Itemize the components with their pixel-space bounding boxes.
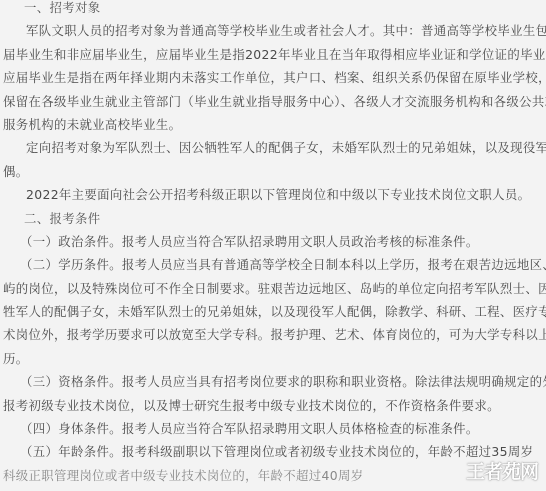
paragraph-line: 屿的岗位，以及特殊岗位可不作全日制要求。驻艰苦边远地区、岛屿的单位定向招考军队烈… xyxy=(0,277,546,300)
paragraph-line: 届毕业生和非应届毕业生，应届毕业生是指2022年毕业且在当年取得相应毕业证和学位… xyxy=(0,43,546,66)
paragraph-line: 历。 xyxy=(0,347,546,370)
condition-age: （五）年龄条件。报考科级副职以下管理岗位或者初级专业技术岗位的，年龄不超过35周… xyxy=(0,440,546,463)
condition-political: （一）政治条件。报考人员应当符合军队招录聘用文职人员政治考核的标准条件。 xyxy=(0,230,546,253)
section-heading-2: 二、报考条件 xyxy=(0,207,546,230)
paragraph-line-cut: 科级正职管理岗位或者中级专业技术岗位的，年龄不超过40周岁 xyxy=(0,464,546,487)
document-body: 一、招考对象 军队文职人员的招考对象为普通高等学校毕业生或者社会人才。其中：普通… xyxy=(0,0,546,487)
paragraph-line: 定向招考对象为军队烈士、因公牺牲军人的配偶子女，未婚军队烈士的兄弟姐妹，以及现役… xyxy=(0,136,546,159)
paragraph-line: 术岗位外，报考学历要求可以放宽至大学专科。报考护理、艺术、体育岗位的，可为大学专… xyxy=(0,323,546,346)
paragraph-line: 牲军人的配偶子女，未婚军队烈士的兄弟姐妹，以及现役军人配偶，除教学、科研、工程、… xyxy=(0,300,546,323)
paragraph-line: 军队文职人员的招考对象为普通高等学校毕业生或者社会人才。其中：普通高等学校毕业生… xyxy=(0,19,546,42)
paragraph-line: 服务机构的未就业高校毕业生。 xyxy=(0,113,546,136)
paragraph-line: 保留在各级毕业生就业主管部门（毕业生就业指导服务中心）、各级人才交流服务机构和各… xyxy=(0,90,546,113)
watermark-logo: 王者苑网 xyxy=(466,457,538,484)
condition-qualification: （三）资格条件。报考人员应当具有招考岗位要求的职称和职业资格。除法律法规明确规定… xyxy=(0,370,546,393)
paragraph-line: 应届毕业生是指在两年择业期内未落实工作单位，其户口、档案、组织关系仍保留在原毕业… xyxy=(0,66,546,89)
paragraph-line: 2022年主要面向社会公开招考科级正职以下管理岗位和中级以下专业技术岗位文职人员… xyxy=(0,183,546,206)
condition-physical: （四）身体条件。报考人员应当符合军队招录聘用文职人员体格检查的标准条件。 xyxy=(0,417,546,440)
paragraph-line: 偶。 xyxy=(0,160,546,183)
section-heading-1: 一、招考对象 xyxy=(0,0,546,19)
condition-education: （二）学历条件。报考人员应当具有普通高等学校全日制本科以上学历，报考在艰苦边远地… xyxy=(0,253,546,276)
paragraph-line: 报考初级专业技术岗位，以及博士研究生报考中级专业技术岗位的，不作资格条件要求。 xyxy=(0,394,546,417)
